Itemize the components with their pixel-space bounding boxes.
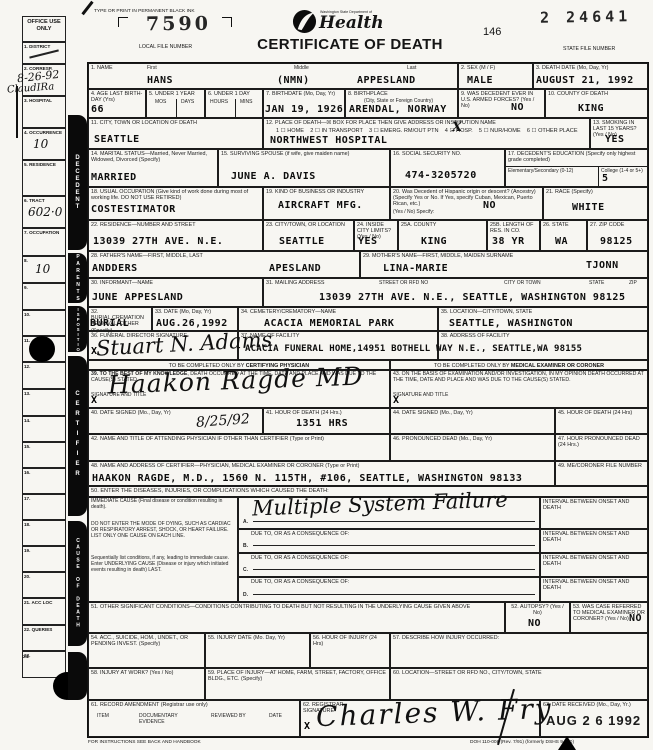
office-box-9-label: 9. xyxy=(24,285,28,290)
field-33-disposition-date: 33. DATE (Mo, Day, Yr) AUG.26,1992 xyxy=(152,307,238,331)
writing-line xyxy=(253,594,535,595)
field-43-label: 43. ON THE BASIS OF EXAMINATION AND/OR I… xyxy=(393,372,645,384)
cause-line-c-due-to: DUE TO, OR AS A CONSEQUENCE OF: xyxy=(251,555,537,561)
office-box-13: 13. xyxy=(22,389,66,416)
office-box-21-label: 21. ACC LOC xyxy=(24,600,52,605)
office-box-4-hand: 10 xyxy=(33,137,48,151)
field-44-label: 44. DATE SIGNED (Mo., Day, Yr) xyxy=(393,410,552,416)
cause-interval-b: INTERVAL BETWEEN ONSET AND DEATH xyxy=(540,529,648,553)
tab-disposition: DISPOSITION xyxy=(68,306,87,352)
field-4-label: 4. AGE LAST BIRTH- DAY (Yrs) xyxy=(91,91,143,103)
office-box-6-label: 6. TRACT xyxy=(24,198,45,203)
cause-line-a-letter: A. xyxy=(243,519,248,525)
field-11-value: SEATTLE xyxy=(94,134,140,145)
divider xyxy=(176,99,177,118)
field-30-value: JUNE APPESLAND xyxy=(92,292,183,303)
cause-instructions-cell: IMMEDIATE CAUSE (Final disease or condit… xyxy=(88,497,238,602)
field-9-armed-forces: 9. WAS DECEDENT EVER IN U.S. ARMED FORCE… xyxy=(458,89,545,118)
field-60-label: 60. LOCATION—STREET OR RFD NO., CITY/TOW… xyxy=(393,670,645,676)
field-25b-value: 38 YR xyxy=(492,236,525,247)
field-26-state: 26. STATE WA xyxy=(540,220,587,251)
field-17-education: 17. DECEDENT'S EDUCATION (Specify only h… xyxy=(505,149,648,187)
field-12-label: 12. PLACE OF DEATH—☒ BOX FOR PLACE THEN … xyxy=(266,120,587,126)
tab-parents: PARENTS xyxy=(68,253,87,303)
field-31-sub-street: STREET OR RFD NO xyxy=(379,280,428,286)
field-30-informant: 30. INFORMANT—NAME JUNE APPESLAND xyxy=(88,278,263,307)
death-certificate-page: TYPE OR PRINT IN PERMANENT BLACK INK 759… xyxy=(0,0,653,750)
field-51-other-conditions: 51. OTHER SIGNIFICANT CONDITIONS—CONDITI… xyxy=(88,602,505,633)
field-58-injury-at-work: 58. INJURY AT WORK? (Yes / No) xyxy=(88,668,205,700)
office-box-9: 9. xyxy=(22,283,66,310)
cause-interval-d: INTERVAL BETWEEN ONSET AND DEATH xyxy=(540,577,648,602)
field-18-value: COSTESTIMATOR xyxy=(91,204,176,215)
office-box-16-label: 16. xyxy=(24,470,30,475)
facility-combined-value: ACACIA FUNERAL HOME,14951 BOTHELL WAY N.… xyxy=(245,344,582,354)
field-18-label: 18. USUAL OCCUPATION (Give kind of work … xyxy=(91,189,260,201)
section-header-examiner-bold: MEDICAL EXAMINER OR CORONER xyxy=(511,363,604,369)
field-9-value: NO xyxy=(511,102,524,113)
field-12-value: NORTHWEST HOSPITAL xyxy=(270,135,387,146)
field-5-sub-days: DAYS xyxy=(181,99,194,105)
field-1-value-last: APPESLAND xyxy=(357,75,416,86)
field-28-father-name: 28. FATHER'S NAME—FIRST, MIDDLE, LAST AN… xyxy=(88,251,360,278)
field-24-value: YES xyxy=(358,236,378,247)
section-header-examiner: TO BE COMPLETED ONLY BY MEDICAL EXAMINER… xyxy=(390,360,648,370)
writing-line xyxy=(253,521,535,522)
field-46-label: 46. PRONOUNCED DEAD (Mo., Day, Yr) xyxy=(393,436,552,442)
field-3-label: 3. DEATH DATE (Mo, Day, Yr) xyxy=(536,65,645,71)
cause-interval-c-label: INTERVAL BETWEEN ONSET AND DEATH xyxy=(543,555,645,567)
office-box-22: 22. QUERIES xyxy=(22,625,66,651)
field-9-label: 9. WAS DECEDENT EVER IN U.S. ARMED FORCE… xyxy=(461,91,542,110)
field-33-value: AUG.26,1992 xyxy=(156,318,228,329)
divider xyxy=(506,166,649,167)
field-46-pronounced-dead: 46. PRONOUNCED DEAD (Mo., Day, Yr) xyxy=(390,434,555,461)
tab-stub xyxy=(68,652,87,700)
field-3-value: AUGUST 21, 1992 xyxy=(536,75,634,86)
field-45-label: 45. HOUR OF DEATH (24 Hrs) xyxy=(558,410,645,416)
field-16-ssn: 16. SOCIAL SECURITY NO. 474-3205720 xyxy=(390,149,505,187)
cause-line-c-letter: C. xyxy=(243,567,248,573)
office-box-16: 16. xyxy=(22,468,66,494)
field-5-label: 5. UNDER 1 YEAR xyxy=(149,91,202,97)
field-30-label: 30. INFORMANT—NAME xyxy=(91,280,260,286)
field-17-label: 17. DECEDENT'S EDUCATION (Specify only h… xyxy=(508,151,645,163)
field-57-how-injury-occurred: 57. DESCRIBE HOW INJURY OCCURRED: xyxy=(390,633,648,668)
field-43-signature-label: SIGNATURE AND TITLE xyxy=(393,392,448,398)
field-11-city-of-death: 11. CITY, TOWN OR LOCATION OF DEATH SEAT… xyxy=(88,118,263,149)
field-61-sub-item: ITEM xyxy=(97,713,109,719)
dept-name: Health xyxy=(319,13,384,33)
office-box-19-label: 19. xyxy=(24,548,30,553)
field-16-label: 16. SOCIAL SECURITY NO. xyxy=(393,151,502,157)
field-15-value: JUNE A. DAVIS xyxy=(231,171,316,182)
office-box-2-hand2: ClaudIRa xyxy=(7,81,55,95)
field-53-referred-to-me: 53. WAS CASE REFERRED TO MEDICAL EXAMINE… xyxy=(570,602,648,633)
office-box-3-label: 3. HOSPITAL xyxy=(24,98,52,103)
field-18-occupation: 18. USUAL OCCUPATION (Give kind of work … xyxy=(88,187,263,220)
field-41-hour-of-death: 41. HOUR OF DEATH (24 Hrs.) 1351 HRS xyxy=(263,408,390,434)
field-43-examiner-certification: 43. ON THE BASIS OF EXAMINATION AND/OR I… xyxy=(390,370,648,408)
field-44-date-signed: 44. DATE SIGNED (Mo., Day, Yr) xyxy=(390,408,555,434)
office-box-15-label: 15. xyxy=(24,444,30,449)
field-17-sub-elementary: Elementary/Secondary (0-12) xyxy=(508,168,573,174)
field-17-value: 5 xyxy=(602,173,609,184)
field-31-mailing-address: 31. MAILING ADDRESS STREET OR RFD NO CIT… xyxy=(263,278,648,307)
health-logo-icon xyxy=(292,9,317,39)
field-14-marital-status: 14. MARITAL STATUS—Married, Never Marrie… xyxy=(88,149,218,187)
field-19-label: 19. KIND OF BUSINESS OR INDUSTRY xyxy=(266,189,387,195)
date-received-stamp: AUG 2 6 1992 xyxy=(546,713,641,728)
field-15-surviving-spouse: 15. SURVIVING SPOUSE (if wife, give maid… xyxy=(218,149,390,187)
cause-line-b-letter: B. xyxy=(243,543,248,549)
office-box-19: 19. xyxy=(22,546,66,572)
field-29-label: 29. MOTHER'S NAME—FIRST, MIDDLE, MAIDEN … xyxy=(363,253,645,259)
field-41-label: 41. HOUR OF DEATH (24 Hrs.) xyxy=(266,410,387,416)
field-47-hour-pronounced-dead: 47. HOUR PRONOUNCED DEAD (24 Hrs.) xyxy=(555,434,648,461)
field-51-label: 51. OTHER SIGNIFICANT CONDITIONS—CONDITI… xyxy=(91,604,502,610)
field-43-x-mark: X xyxy=(393,395,399,406)
tab-decedent-label: DECEDENT xyxy=(75,155,81,211)
field-31-sub-zip: ZIP xyxy=(629,280,637,286)
field-10-county-of-death: 10. COUNTY OF DEATH KING xyxy=(545,89,648,118)
field-25a-county: 25A. COUNTY KING xyxy=(398,220,487,251)
corner-bracket-right xyxy=(222,17,232,27)
field-35-value: SEATTLE, WASHINGTON xyxy=(449,318,573,329)
field-25a-value: KING xyxy=(421,236,447,247)
field-53-value: NO xyxy=(629,613,642,624)
local-file-number-label: LOCAL FILE NUMBER xyxy=(139,44,192,50)
field-52-label: 52. AUTOPSY? (Yes / No) xyxy=(508,604,567,616)
cause-instructions-2: Sequentially list conditions, if any, le… xyxy=(91,556,235,573)
field-31-sub-city: CITY OR TOWN xyxy=(504,280,541,286)
local-file-number-stamp: 7590 xyxy=(146,13,211,36)
field-22-residence-street: 22. RESIDENCE—NUMBER AND STREET 13039 27… xyxy=(88,220,263,251)
tab-parents-label: PARENTS xyxy=(75,254,80,303)
field-29-mother-name: 29. MOTHER'S NAME—FIRST, MIDDLE, MAIDEN … xyxy=(360,251,648,278)
office-box-12-label: 12. xyxy=(24,364,30,369)
field-32-disposition-type: 32. BURIAL,CREMATION REMOVAL, OTHER (Spe… xyxy=(88,307,152,331)
field-3-death-date: 3. DEATH DATE (Mo, Day, Yr) AUGUST 21, 1… xyxy=(533,63,648,89)
office-box-2: 2. CORRESP. 8-26-92 ClaudIRa xyxy=(22,64,66,96)
field-48-value: HAAKON RAGDE, M.D., 1560 N. 115TH, #106,… xyxy=(92,473,522,484)
cause-line-d: DUE TO, OR AS A CONSEQUENCE OF: D. xyxy=(238,577,540,602)
field-20-hispanic-origin: 20. Was Decedent of Hispanic origin or d… xyxy=(390,187,543,220)
field-27-value: 98125 xyxy=(600,236,633,247)
field-28-value-first: ANDDERS xyxy=(92,263,138,274)
field-12-place-of-death: 12. PLACE OF DEATH—☒ BOX FOR PLACE THEN … xyxy=(263,118,590,149)
office-box-18-label: 18. xyxy=(24,522,30,527)
office-box-6: 6. TRACT 602·0 xyxy=(22,196,66,228)
field-7-birthdate: 7. BIRTHDATE (Mo, Day, Yr) JAN 19, 1926 xyxy=(263,89,345,118)
office-box-7: 7. OCCUPATION xyxy=(22,228,66,256)
field-26-value: WA xyxy=(555,236,568,247)
field-11-label: 11. CITY, TOWN OR LOCATION OF DEATH xyxy=(91,120,260,126)
office-box-17-label: 17. xyxy=(24,496,30,501)
field-8-value: ARENDAL, NORWAY xyxy=(349,104,447,115)
office-box-8-label: 8. xyxy=(24,258,28,263)
field-55-label: 55. INJURY DATE (Mo. Day, Yr) xyxy=(208,635,307,641)
field-31-sub-state: STATE xyxy=(589,280,604,286)
field-19-value: AIRCRAFT MFG. xyxy=(278,200,363,211)
state-file-number-stamp: 2 24641 xyxy=(540,7,632,27)
office-box-6-hand: 602·0 xyxy=(28,205,62,219)
field-19-industry: 19. KIND OF BUSINESS OR INDUSTRY AIRCRAF… xyxy=(263,187,390,220)
hole-punch-dot xyxy=(29,336,55,362)
field-25b-length-of-residence: 25B. LENGTH OF RES. IN CO. 38 YR xyxy=(487,220,540,251)
field-54-label: 54. ACC., SUICIDE, HOM., UNDET., OR PEND… xyxy=(91,635,202,647)
field-29-value-maiden: TJONN xyxy=(586,260,619,271)
office-box-24-label: 24. xyxy=(23,654,29,659)
arrow-mark xyxy=(558,736,576,750)
divider xyxy=(235,99,236,118)
field-25b-label: 25B. LENGTH OF RES. IN CO. xyxy=(490,222,537,234)
cause-line-d-letter: D. xyxy=(243,592,248,598)
field-4-age: 4. AGE LAST BIRTH- DAY (Yrs) 66 xyxy=(88,89,146,118)
office-box-12: 12. xyxy=(22,362,66,389)
field-58-label: 58. INJURY AT WORK? (Yes / No) xyxy=(91,670,202,676)
field-2-sex: 2. SEX (M / F) MALE xyxy=(458,63,533,89)
field-54-manner: 54. ACC., SUICIDE, HOM., UNDET., OR PEND… xyxy=(88,633,205,668)
field-21-race: 21. RACE (Specify) WHITE xyxy=(543,187,648,220)
cause-line-b: DUE TO, OR AS A CONSEQUENCE OF: B. xyxy=(238,529,540,553)
section-header-examiner-text: TO BE COMPLETED ONLY BY xyxy=(434,363,511,369)
field-2-label: 2. SEX (M / F) xyxy=(461,65,530,71)
tab-certifier-label: CERTIFIER xyxy=(75,391,81,481)
field-23-label: 23. CITY/TOWN, OR LOCATION xyxy=(266,222,351,228)
tab-cause-of-death: CAUSE OF DEATH xyxy=(68,521,87,646)
cause-interval-d-label: INTERVAL BETWEEN ONSET AND DEATH xyxy=(543,579,645,591)
field-22-value: 13039 27TH AVE. N.E. xyxy=(93,236,223,247)
field-49-label: 49. ME/CORONER FILE NUMBER xyxy=(558,463,645,469)
office-box-3: 3. HOSPITAL xyxy=(22,96,66,128)
cause-line-b-due-to: DUE TO, OR AS A CONSEQUENCE OF: xyxy=(251,531,537,537)
office-box-4: 4. OCCURRENCE 10 xyxy=(22,128,66,160)
scan-mark xyxy=(81,1,93,15)
field-1-value-first: HANS xyxy=(147,75,173,86)
field-59-place-of-injury: 59. PLACE OF INJURY—AT HOME, FARM, STREE… xyxy=(205,668,390,700)
field-27-label: 27. ZIP CODE xyxy=(590,222,645,228)
field-7-value: JAN 19, 1926 xyxy=(265,104,343,115)
field-52-autopsy: 52. AUTOPSY? (Yes / No) NO xyxy=(505,602,570,633)
field-35-label: 35. LOCATION—CITY/TOWN, STATE xyxy=(441,309,645,315)
field-10-value: KING xyxy=(578,103,604,114)
field-57-label: 57. DESCRIBE HOW INJURY OCCURRED: xyxy=(393,635,645,641)
field-14-label: 14. MARITAL STATUS—Married, Never Marrie… xyxy=(91,151,215,163)
field-2-value: MALE xyxy=(467,75,493,86)
field-10-label: 10. COUNTY OF DEATH xyxy=(548,91,645,97)
office-box-13-label: 13. xyxy=(24,391,30,396)
office-box-1-label: 1. DISTRICT xyxy=(24,44,50,49)
cause-interval-b-label: INTERVAL BETWEEN ONSET AND DEATH xyxy=(543,531,645,543)
office-box-8-hand: 10 xyxy=(35,262,50,276)
field-48-label: 48. NAME AND ADDRESS OF CERTIFIER—PHYSIC… xyxy=(91,463,552,469)
office-box-10-label: 10. xyxy=(24,312,30,317)
field-59-label: 59. PLACE OF INJURY—AT HOME, FARM, STREE… xyxy=(208,670,387,682)
field-49-me-coroner-file: 49. ME/CORONER FILE NUMBER xyxy=(555,461,648,486)
field-41-value: 1351 HRS xyxy=(296,418,348,429)
field-55-injury-date: 55. INJURY DATE (Mo. Day, Yr) xyxy=(205,633,310,668)
field-31-label: 31. MAILING ADDRESS xyxy=(266,280,356,286)
office-use-header: OFFICE USE ONLY xyxy=(22,16,66,42)
field-61-record-amendment: 61. RECORD AMENDMENT (Registrar use only… xyxy=(88,700,300,737)
cause-line-d-due-to: DUE TO, OR AS A CONSEQUENCE OF: xyxy=(251,579,537,585)
field-63-label: 63. DATE RECEIVED (Mo., Day, Yr.) xyxy=(543,702,645,708)
field-32-value: BURIAL xyxy=(90,318,129,329)
field-34-label: 34. CEMETERY/CREMATORY—NAME xyxy=(241,309,435,315)
state-file-number-label: STATE FILE NUMBER xyxy=(563,46,615,52)
office-box-21: 21. ACC LOC xyxy=(22,598,66,625)
cause-interval-a: INTERVAL BETWEEN ONSET AND DEATH xyxy=(540,497,648,529)
field-6-label: 6. UNDER 1 DAY xyxy=(208,91,260,97)
divider xyxy=(598,166,599,187)
field-26-label: 26. STATE xyxy=(543,222,584,228)
field-8-label: 8. BIRTHPLACE xyxy=(348,91,455,97)
form-title: CERTIFICATE OF DEATH xyxy=(230,36,470,53)
tab-disposition-label: DISPOSITION xyxy=(75,302,79,357)
field-27-zip: 27. ZIP CODE 98125 xyxy=(587,220,648,251)
field-6-under-1-day: 6. UNDER 1 DAY HOURS MINS xyxy=(205,89,263,118)
cause-instructions-1: DO NOT ENTER THE MODE OF DYING, SUCH AS … xyxy=(91,522,235,539)
office-box-5: 5. RESIDENCE xyxy=(22,160,66,196)
field-21-label: 21. RACE (Specify) xyxy=(546,189,645,195)
corner-bracket-left xyxy=(118,17,128,27)
field-1-sub-first: First xyxy=(147,65,157,71)
office-box-8: 8. 10 xyxy=(22,256,66,283)
field-35-disposition-location: 35. LOCATION—CITY/TOWN, STATE SEATTLE, W… xyxy=(438,307,648,331)
checkbox-x-mark: X xyxy=(452,120,462,135)
field-21-value: WHITE xyxy=(572,202,605,213)
writing-line xyxy=(253,569,535,570)
field-1-sub-last: Last xyxy=(407,65,416,71)
tab-certifier: CERTIFIER xyxy=(68,356,87,516)
cause-line-c: DUE TO, OR AS A CONSEQUENCE OF: C. xyxy=(238,553,540,577)
field-61-sub-evidence: DOCUMENTARY EVIDENCE xyxy=(139,713,199,725)
field-47-label: 47. HOUR PRONOUNCED DEAD (24 Hrs.) xyxy=(558,436,645,448)
field-1-name: 1. NAME First Middle Last HANS (NMN) APP… xyxy=(88,63,458,89)
field-31-value: 13039 27TH AVE. N.E., SEATTLE, WASHINGTO… xyxy=(319,292,625,303)
field-20-label: 20. Was Decedent of Hispanic origin or d… xyxy=(393,189,540,208)
field-4-value: 66 xyxy=(91,104,104,115)
tab-decedent: DECEDENT xyxy=(68,115,87,250)
field-14-value: MARRIED xyxy=(91,172,137,183)
field-39-x-mark: X xyxy=(91,395,97,406)
field-25a-label: 25A. COUNTY xyxy=(401,222,484,228)
office-use-title: OFFICE USE ONLY xyxy=(23,19,65,34)
field-20-value: NO xyxy=(483,200,496,211)
cause-interval-c: INTERVAL BETWEEN ONSET AND DEATH xyxy=(540,553,648,577)
office-box-17: 17. xyxy=(22,494,66,520)
writing-line xyxy=(253,545,535,546)
office-box-20: 20. xyxy=(22,572,66,598)
field-5-sub-mos: MOS xyxy=(155,99,166,105)
field-15-label: 15. SURVIVING SPOUSE (if wife, give maid… xyxy=(221,151,387,157)
field-6-sub-mins: MINS xyxy=(240,99,253,105)
field-24-inside-city-limits: 24. INSIDE CITY LIMITS? (Yes / No) YES xyxy=(354,220,398,251)
pen-scribble xyxy=(29,49,58,58)
office-box-14: 14. xyxy=(22,416,66,442)
field-56-hour-of-injury: 56. HOUR OF INJURY (24 Hrs) xyxy=(310,633,390,668)
cause-immediate-label: IMMEDIATE CAUSE (Final disease or condit… xyxy=(91,499,235,511)
office-box-20-label: 20. xyxy=(24,574,30,579)
field-33-label: 33. DATE (Mo, Day, Yr) xyxy=(155,309,235,315)
field-61-sub-date: DATE xyxy=(269,713,282,719)
office-box-10: 10. xyxy=(22,310,66,336)
field-16-value: 474-3205720 xyxy=(405,170,477,181)
office-box-18: 18. xyxy=(22,520,66,546)
field-12-options: 1 ☐ HOME 2 ☐ IN TRANSPORT 3 ☐ EMERG. RM/… xyxy=(276,128,578,134)
field-20-sub: (Yes / No) Specify: xyxy=(393,209,434,215)
tab-cause-of-death-label: CAUSE OF DEATH xyxy=(75,538,80,629)
field-6-sub-hours: HOURS xyxy=(210,99,228,105)
office-box-5-label: 5. RESIDENCE xyxy=(24,162,56,167)
field-48-certifier-name-address: 48. NAME AND ADDRESS OF CERTIFIER—PHYSIC… xyxy=(88,461,555,486)
field-61-label: 61. RECORD AMENDMENT (Registrar use only… xyxy=(91,702,297,708)
field-45-hour-of-death: 45. HOUR OF DEATH (24 Hrs) xyxy=(555,408,648,434)
cause-interval-a-label: INTERVAL BETWEEN ONSET AND DEATH xyxy=(543,499,645,511)
field-1-label: 1. NAME xyxy=(91,65,455,71)
field-42-label: 42. NAME AND TITLE OF ATTENDING PHYSICIA… xyxy=(91,436,387,442)
field-61-sub-reviewed: REVIEWED BY xyxy=(211,713,246,719)
field-34-value: ACACIA MEMORIAL PARK xyxy=(264,318,394,329)
field-62-x-mark: X xyxy=(304,721,310,732)
field-42-attending-physician: 42. NAME AND TITLE OF ATTENDING PHYSICIA… xyxy=(88,434,390,461)
office-box-15: 15. xyxy=(22,442,66,468)
field-56-label: 56. HOUR OF INJURY (24 Hrs) xyxy=(313,635,387,647)
field-13-value: YES xyxy=(605,134,625,145)
page-number: 146 xyxy=(483,26,501,38)
field-38-label: 38. ADDRESS OF FACILITY xyxy=(441,333,645,339)
field-29-value-first: LINA-MARIE xyxy=(383,263,448,274)
office-box-22-label: 22. QUERIES xyxy=(24,627,52,632)
field-28-value-last: APESLAND xyxy=(269,263,321,274)
field-28-label: 28. FATHER'S NAME—FIRST, MIDDLE, LAST xyxy=(91,253,357,259)
field-22-label: 22. RESIDENCE—NUMBER AND STREET xyxy=(91,222,260,228)
office-box-14-label: 14. xyxy=(24,418,30,423)
field-23-residence-city: 23. CITY/TOWN, OR LOCATION SEATTLE xyxy=(263,220,354,251)
office-box-4-label: 4. OCCURRENCE xyxy=(24,130,62,135)
field-23-value: SEATTLE xyxy=(279,236,325,247)
field-52-value: NO xyxy=(528,618,541,629)
footer-left: FOR INSTRUCTIONS SEE BACK AND HANDBOOK xyxy=(88,740,201,745)
field-1-sub-middle: Middle xyxy=(294,65,309,71)
field-1-value-middle: (NMN) xyxy=(277,75,310,86)
field-8-birthplace: 8. BIRTHPLACE (City, State or Foreign Co… xyxy=(345,89,458,118)
field-5-under-1-year: 5. UNDER 1 YEAR MOS DAYS xyxy=(146,89,205,118)
field-13-smoking: 13. SMOKING IN LAST 15 YEARS? (Yes / No)… xyxy=(590,118,648,149)
office-box-7-label: 7. OCCUPATION xyxy=(24,230,59,235)
office-box-11-label: 11. xyxy=(24,338,30,343)
office-box-1: 1. DISTRICT xyxy=(22,42,66,64)
field-7-label: 7. BIRTHDATE (Mo, Day, Yr) xyxy=(266,91,342,97)
